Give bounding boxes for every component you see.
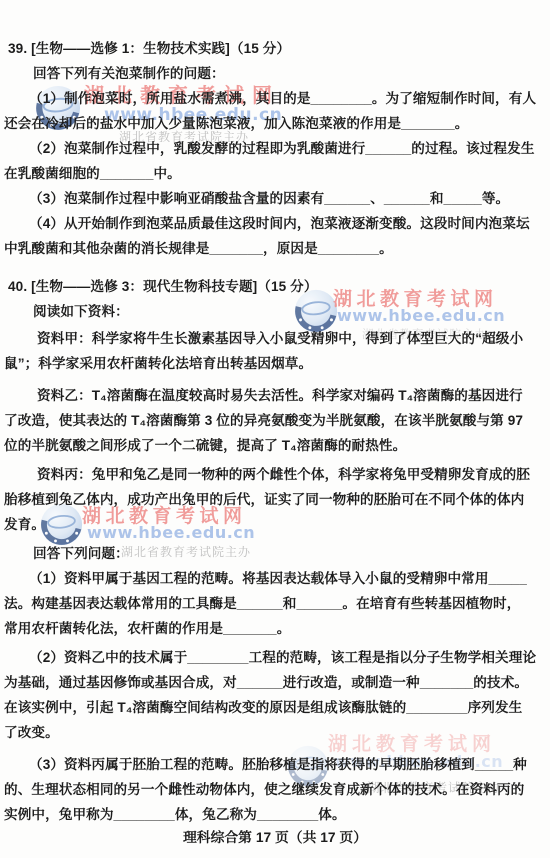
text-line: 资料丙：兔甲和兔乙是同一物种的两个雌性个体，科学家将兔甲受精卵发育成的胚	[37, 462, 550, 487]
text-line: 39. [生物——选修 1：生物技术实践]（15 分）	[8, 36, 550, 61]
text-line: 常用农杆菌转化法，农杆菌的作用是_______。	[4, 616, 550, 641]
text-line: 发育。	[4, 512, 550, 537]
text-line: 在该实例中，引起 T₄溶菌酶空间结构改变的原因是组成该酶肽链的________序…	[4, 695, 550, 720]
text-line: 鼠”；科学家采用农杆菌转化法培育出转基因烟草。	[4, 351, 550, 376]
text-line: 实例中，兔甲称为________体，兔乙称为________体。	[4, 802, 550, 827]
text-line: 了改变。	[4, 720, 550, 745]
text-line: （3）资料丙属于胚胎工程的范畴。胚胎移植是指将获得的早期胚胎移植到_____种	[29, 752, 550, 777]
text-line: 在乳酸菌细胞的_______中。	[4, 161, 550, 186]
question-39-block: 39. [生物——选修 1：生物技术实践]（15 分）回答下列有关泡菜制作的问题…	[0, 36, 550, 261]
text-line: 40. [生物——选修 3：现代生物科技专题]（15 分）	[8, 274, 550, 299]
text-line: （4）从开始制作到泡菜品质最佳这段时间内，泡菜液逐渐变酸。这段时间内泡菜坛	[29, 211, 550, 236]
text-line: 中乳酸菌和其他杂菌的消长规律是_______，原因是________。	[4, 236, 550, 261]
text-line: （2）泡菜制作过程中，乳酸发酵的过程即为乳酸菌进行______的过程。该过程发生	[29, 136, 550, 161]
text-line: 法。构建基因表达载体常用的工具酶是______和______。在培育有些转基因植…	[4, 591, 550, 616]
text-line: 胎移植到兔乙体内，成功产出兔甲的后代，证实了同一物种的胚胎可在不同个体的体内	[4, 487, 550, 512]
text-line: 阅读如下资料：	[33, 299, 550, 324]
question-40-block: 40. [生物——选修 3：现代生物科技专题]（15 分）阅读如下资料：资料甲：…	[0, 274, 550, 827]
page-footer: 理科综合第 17 页（共 17 页）	[0, 826, 550, 846]
text-line: （2）资料乙中的技术属于________工程的范畴，该工程是指以分子生物学相关理…	[29, 645, 550, 670]
text-line: 回答下列有关泡菜制作的问题：	[33, 61, 550, 86]
text-line: 了改造，使其表达的 T₄溶菌酶第 3 位的异亮氨酸变为半胱氨酸，在该半胱氨酸与第…	[4, 408, 550, 433]
text-line: （1）资料甲属于基因工程的范畴。将基因表达载体导入小鼠的受精卵中常用_____	[29, 566, 550, 591]
text-line: 为基础，通过基因修饰或基因合成，对______进行改造，或制造一种_______…	[4, 670, 550, 695]
text-line: 的、生理状态相同的另一个雌性动物体内，使之继续发育成新个体的技术。在资料丙的	[4, 777, 550, 802]
text-line: 回答下列问题：	[33, 541, 550, 566]
text-line: 资料甲：科学家将牛生长激素基因导入小鼠受精卵中，得到了体型巨大的“超级小	[37, 326, 550, 351]
exam-page: 湖北教育考试网www.hbee.edu.cn湖北省教育考试院主办湖北教育考试网w…	[0, 0, 550, 858]
text-line: （3）泡菜制作过程中影响亚硝酸盐含量的因素有______、______和____…	[29, 186, 550, 211]
text-line: 还会在冷却后的盐水中加入少量陈泡菜液，加入陈泡菜液的作用是_______。	[4, 111, 550, 136]
document-content: 39. [生物——选修 1：生物技术实践]（15 分）回答下列有关泡菜制作的问题…	[0, 0, 550, 827]
text-line: 位的半胱氨酸之间形成了一个二硫键，提高了 T₄溶菌酶的耐热性。	[4, 433, 550, 458]
text-line: （1）制作泡菜时，所用盐水需煮沸，其目的是________。为了缩短制作时间，有…	[29, 86, 550, 111]
text-line: 资料乙：T₄溶菌酶在温度较高时易失去活性。科学家对编码 T₄溶菌酶的基因进行	[37, 383, 550, 408]
